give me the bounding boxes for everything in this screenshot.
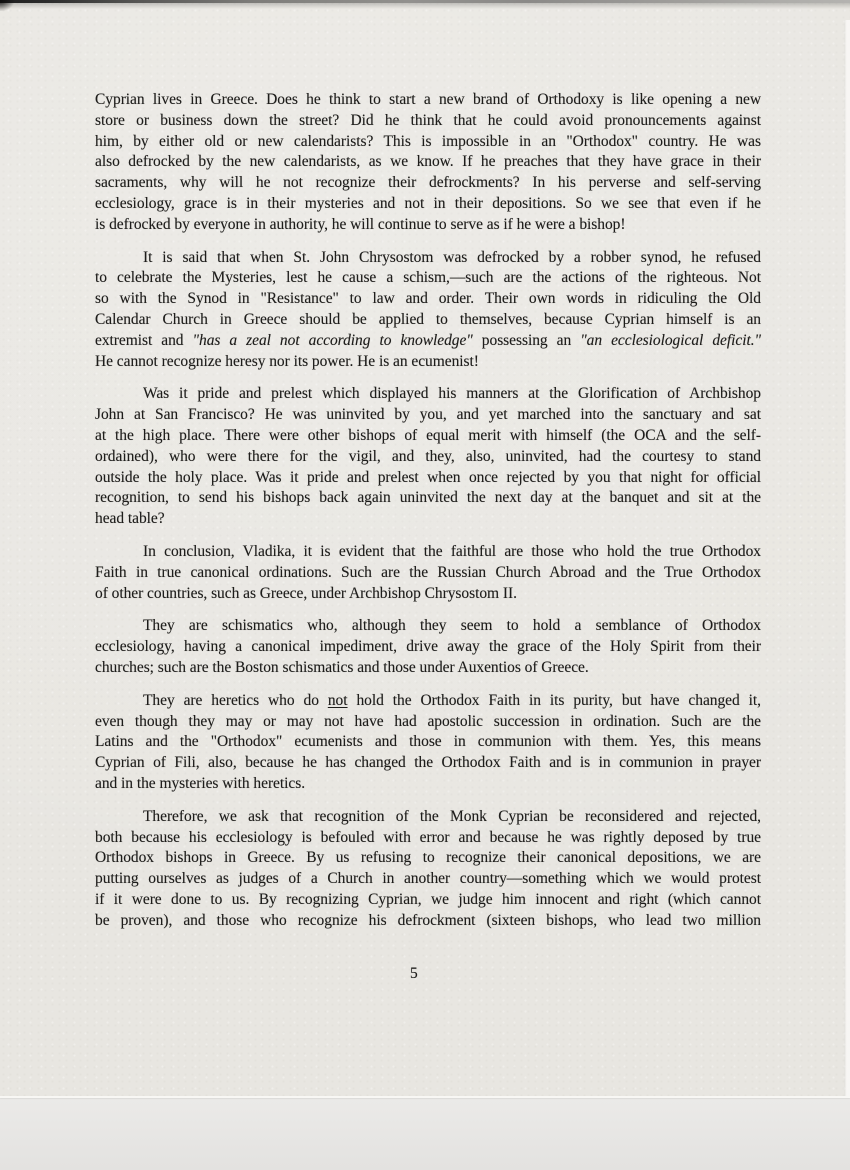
text-line: Was it pride and prelest which displayed… — [95, 384, 761, 405]
text-run: churches; such are the Boston schismatic… — [95, 659, 589, 676]
text-run: even though they may or may not have had… — [95, 713, 761, 730]
text-run: Calendar Church in Greece should be appl… — [95, 311, 761, 328]
text-run: John at San Francisco? He was uninvited … — [95, 406, 761, 423]
text-line: They are heretics who do not hold the Or… — [95, 691, 761, 712]
text-run: outside the holy place. Was it pride and… — [95, 469, 761, 486]
text-run: also defrocked by the new calendarists, … — [95, 153, 761, 170]
text-run: Was it pride and prelest which displayed… — [143, 385, 761, 402]
text-line: Orthodox bishops in Greece. By us refusi… — [95, 848, 761, 869]
text-run: store or business down the street? Did h… — [95, 112, 761, 129]
text-run: ordained), who were there for the vigil,… — [95, 448, 761, 465]
text-line: He cannot recognize heresy nor its power… — [95, 352, 761, 373]
text-line: They are schismatics who, although they … — [95, 616, 761, 637]
text-line: of other countries, such as Greece, unde… — [95, 584, 761, 605]
text-line: In conclusion, Vladika, it is evident th… — [95, 542, 761, 563]
text-line: ecclesiology, having a canonical impedim… — [95, 637, 761, 658]
text-line: Cyprian lives in Greece. Does he think t… — [95, 90, 761, 111]
text-line: so with the Synod in "Resistance" to law… — [95, 289, 761, 310]
scanned-page: Cyprian lives in Greece. Does he think t… — [0, 0, 850, 1170]
text-run: They are heretics who do — [143, 692, 328, 709]
text-run: putting ourselves as judges of a Church … — [95, 870, 761, 887]
text-line: to celebrate the Mysteries, lest he caus… — [95, 268, 761, 289]
text-run: hold the Orthodox Faith in its purity, b… — [348, 692, 761, 709]
text-line: ecclesiology, grace is in their mysterie… — [95, 194, 761, 215]
text-line: if it were done to us. By recognizing Cy… — [95, 890, 761, 911]
text-line: Cyprian of Fili, also, because he has ch… — [95, 753, 761, 774]
text-line: extremist and "has a zeal not according … — [95, 331, 761, 352]
text-run: if it were done to us. By recognizing Cy… — [95, 891, 761, 908]
text-run: him, by either old or new calendarists? … — [95, 133, 761, 150]
text-run: Latins and the "Orthodox" ecumenists and… — [95, 733, 761, 750]
paragraph: They are heretics who do not hold the Or… — [95, 691, 761, 795]
text-run: Cyprian lives in Greece. Does he think t… — [95, 91, 761, 108]
italic-text: "has a zeal not according to knowledge" — [193, 332, 473, 349]
text-run: so with the Synod in "Resistance" to law… — [95, 290, 761, 307]
text-line: at the high place. There were other bish… — [95, 426, 761, 447]
text-run: to celebrate the Mysteries, lest he caus… — [95, 269, 761, 286]
text-run: and in the mysteries with heretics. — [95, 775, 305, 792]
text-line: Faith in true canonical ordinations. Suc… — [95, 563, 761, 584]
text-line: Calendar Church in Greece should be appl… — [95, 310, 761, 331]
text-run: ecclesiology, grace is in their mysterie… — [95, 195, 761, 212]
underlined-text: not — [328, 692, 348, 709]
text-run: at the high place. There were other bish… — [95, 427, 761, 444]
text-run: In conclusion, Vladika, it is evident th… — [143, 543, 761, 560]
paper-sheet: Cyprian lives in Greece. Does he think t… — [0, 0, 850, 1097]
text-line: and in the mysteries with heretics. — [95, 774, 761, 795]
text-line: also defrocked by the new calendarists, … — [95, 152, 761, 173]
page-number: 5 — [410, 964, 418, 985]
text-line: be proven), and those who recognize his … — [95, 911, 761, 932]
text-line: John at San Francisco? He was uninvited … — [95, 405, 761, 426]
text-run: sacraments, why will he not recognize th… — [95, 174, 761, 191]
paragraph: Cyprian lives in Greece. Does he think t… — [95, 90, 761, 236]
paragraph: In conclusion, Vladika, it is evident th… — [95, 542, 761, 604]
paragraph: Was it pride and prelest which displayed… — [95, 384, 761, 530]
text-run: of other countries, such as Greece, unde… — [95, 585, 517, 602]
text-run: Therefore, we ask that recognition of th… — [143, 808, 761, 825]
text-line: him, by either old or new calendarists? … — [95, 132, 761, 153]
text-run: ecclesiology, having a canonical impedim… — [95, 638, 761, 655]
text-line: ordained), who were there for the vigil,… — [95, 447, 761, 468]
text-run: possessing an — [473, 332, 580, 349]
text-line: is defrocked by everyone in authority, h… — [95, 215, 761, 236]
text-line: sacraments, why will he not recognize th… — [95, 173, 761, 194]
scan-top-edge — [0, 0, 850, 3]
text-run: It is said that when St. John Chrysostom… — [143, 249, 761, 266]
paragraph: They are schismatics who, although they … — [95, 616, 761, 678]
text-run: both because his ecclesiology is befoule… — [95, 829, 761, 846]
text-line: outside the holy place. Was it pride and… — [95, 468, 761, 489]
text-run: He cannot recognize heresy nor its power… — [95, 353, 479, 370]
text-line: both because his ecclesiology is befoule… — [95, 828, 761, 849]
paper-right-edge — [844, 20, 850, 1097]
scanner-background — [0, 1098, 850, 1170]
text-line: It is said that when St. John Chrysostom… — [95, 248, 761, 269]
paper-bottom-edge — [0, 1096, 850, 1098]
document-text: Cyprian lives in Greece. Does he think t… — [95, 90, 761, 943]
italic-text: "an ecclesiological deficit." — [580, 332, 761, 349]
text-run: recognition, to send his bishops back ag… — [95, 489, 761, 506]
text-line: Latins and the "Orthodox" ecumenists and… — [95, 732, 761, 753]
text-line: churches; such are the Boston schismatic… — [95, 658, 761, 679]
scan-corner-smudge — [0, 0, 14, 11]
text-run: Orthodox bishops in Greece. By us refusi… — [95, 849, 761, 866]
text-line: head table? — [95, 509, 761, 530]
text-run: Cyprian of Fili, also, because he has ch… — [95, 754, 761, 771]
text-line: Therefore, we ask that recognition of th… — [95, 807, 761, 828]
text-line: recognition, to send his bishops back ag… — [95, 488, 761, 509]
text-run: They are schismatics who, although they … — [143, 617, 761, 634]
paragraph: It is said that when St. John Chrysostom… — [95, 248, 761, 373]
text-run: Faith in true canonical ordinations. Suc… — [95, 564, 761, 581]
text-line: putting ourselves as judges of a Church … — [95, 869, 761, 890]
paragraph: Therefore, we ask that recognition of th… — [95, 807, 761, 932]
text-run: head table? — [95, 510, 165, 527]
text-line: even though they may or may not have had… — [95, 712, 761, 733]
text-line: store or business down the street? Did h… — [95, 111, 761, 132]
text-run: is defrocked by everyone in authority, h… — [95, 216, 625, 233]
text-run: be proven), and those who recognize his … — [95, 912, 761, 929]
text-run: extremist and — [95, 332, 193, 349]
